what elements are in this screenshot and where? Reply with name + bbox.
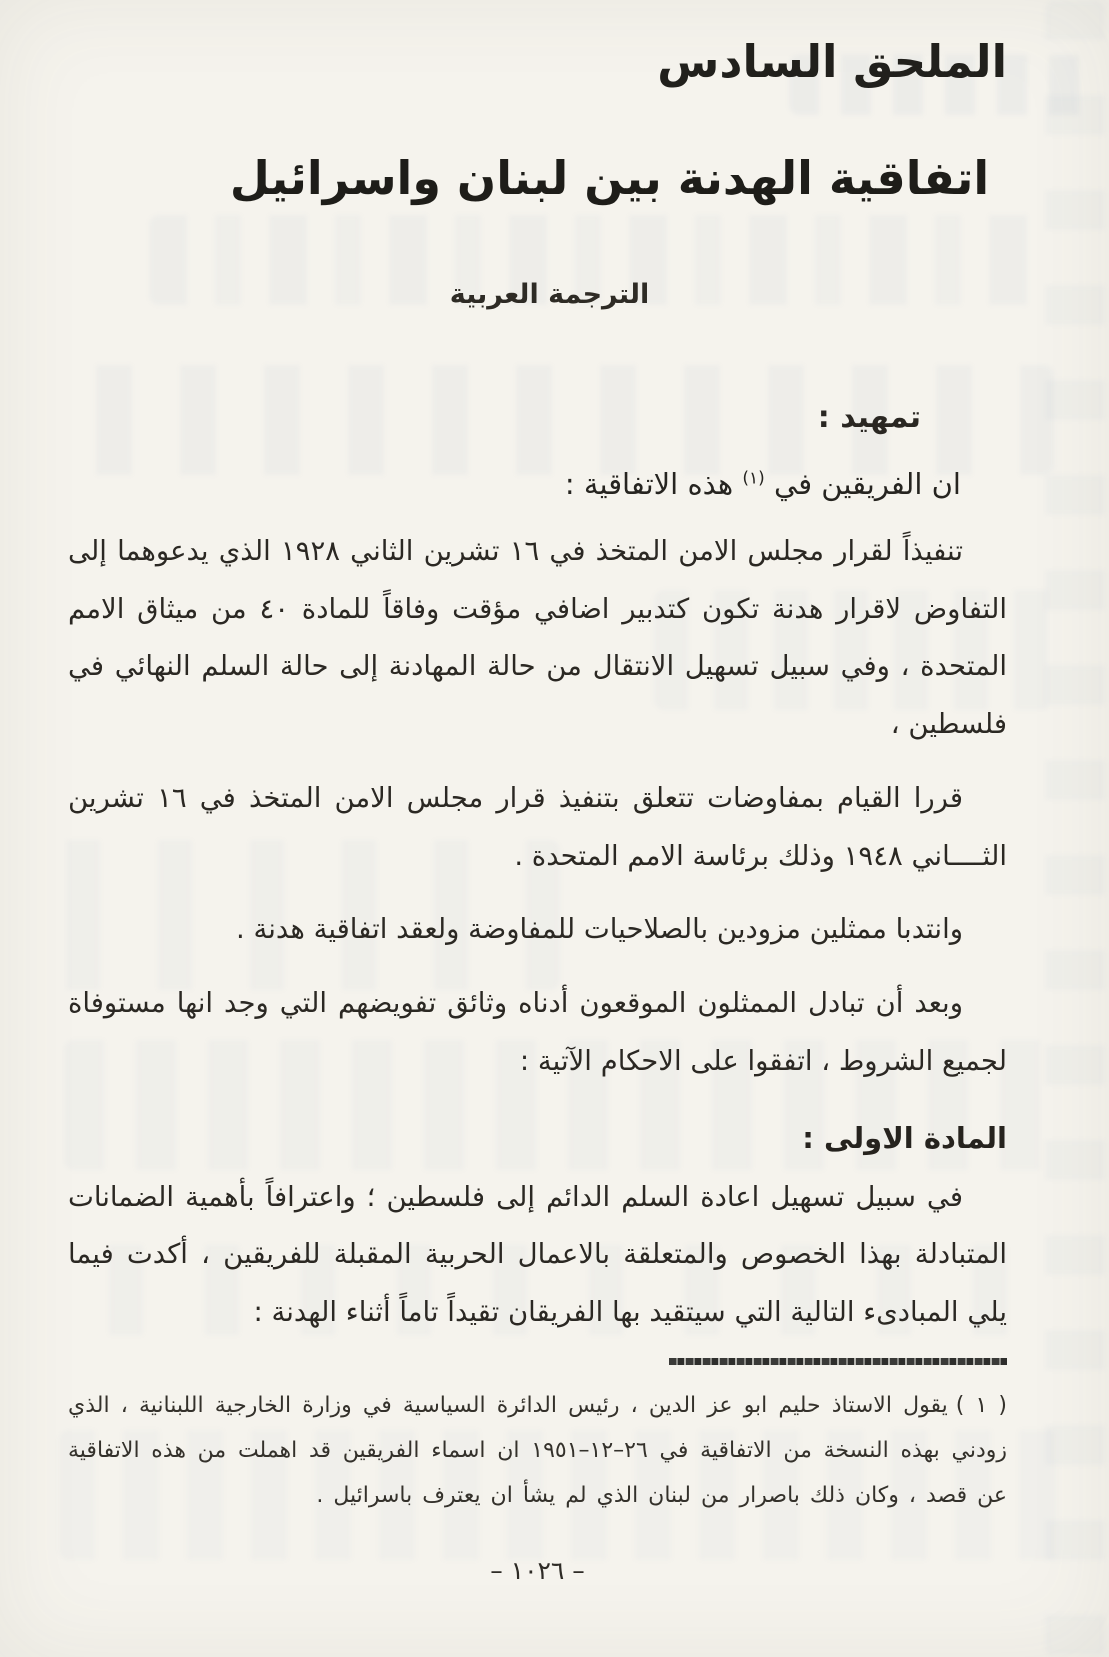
translation-subtitle: الترجمة العربية [80,279,1019,310]
appendix-heading: الملحق السادس [68,32,1007,93]
footnote-number: ( ١ ) [956,1393,1007,1418]
intro-text-after: هذه الاتفاقية : [565,467,733,501]
preamble-paragraph-4: وبعد أن تبادل الممثلون الموقعون أدناه وث… [68,975,1007,1091]
preamble-paragraph-1: تنفيذاً لقرار مجلس الامن المتخذ في ١٦ تش… [68,523,1007,754]
parties-intro-line: ان الفريقين في (١) هذه الاتفاقية : [68,467,1007,501]
page-number: – ١٠٢٦ – [68,1556,1007,1585]
article-one-heading: المادة الاولى : [68,1121,1007,1155]
preamble-paragraph-3: وانتدبا ممثلين مزودين بالصلاحيات للمفاوض… [68,901,1007,959]
article-one-paragraph: في سبيل تسهيل اعادة السلم الدائم إلى فلس… [68,1169,1007,1342]
preamble-paragraph-2: قررا القيام بمفاوضات تتعلق بتنفيذ قرار م… [68,770,1007,886]
document-title: اتفاقية الهدنة بين لبنان واسرائيل [140,151,1079,205]
scanned-document-page: الملحق السادس اتفاقية الهدنة بين لبنان و… [0,0,1109,1657]
page-content: الملحق السادس اتفاقية الهدنة بين لبنان و… [0,0,1109,1657]
preamble-label: تمهيد : [68,400,921,435]
footnote-reference-marker: (١) [742,468,764,488]
footnote-separator-rule [669,1358,1007,1365]
intro-text-before: ان الفريقين في [774,467,961,501]
footnote-text: يقول الاستاذ حليم ابو عز الدين ، رئيس ال… [68,1393,1007,1508]
footnote: ( ١ )يقول الاستاذ حليم ابو عز الدين ، رئ… [68,1383,1007,1518]
